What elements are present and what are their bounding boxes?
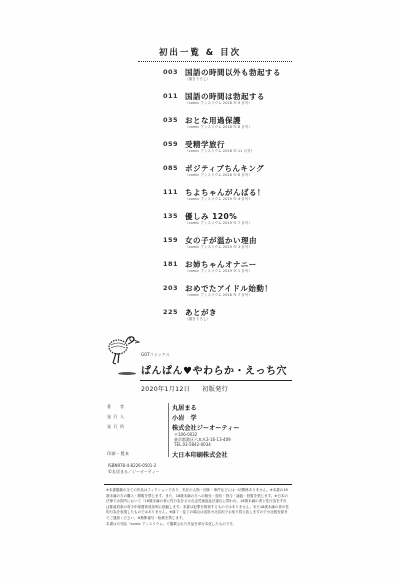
- release-date: 2020年1月12日: [141, 386, 190, 393]
- book-title: ぱんぱん♥やわらか・えっち穴: [141, 362, 287, 377]
- edition: 初版発行: [202, 386, 228, 393]
- credit-label: 印刷・製本: [107, 451, 161, 457]
- telephone: TEL.03-5842-0034: [174, 442, 211, 447]
- credit-publisher-person: 発行人 小岩 学: [107, 413, 297, 423]
- logo-shadow: [118, 372, 136, 375]
- toc-page-number: 035: [163, 116, 178, 124]
- toc-page-number: 203: [163, 284, 178, 292]
- credit-author: 著 者 丸居まる: [107, 403, 297, 413]
- toc-source: （comic アンスリウム 2019 年 7 月号）: [185, 221, 252, 226]
- toc-source: （描き下ろし）: [185, 77, 210, 82]
- toc-entry: 135 優しみ 120% （comic アンスリウム 2019 年 7 月号）: [163, 212, 313, 236]
- toc-list: 003 国語の時間以外も勃起する （描き下ろし） 011 国語の時間は勃起する …: [163, 68, 313, 332]
- toc-page-number: 011: [163, 92, 178, 100]
- toc-source: （comic アンスリウム 2019 年 4 月号）: [185, 197, 252, 202]
- toc-entry: 203 おめでたアイドル始動！ （comic アンスリウム 2018 年 7 月…: [163, 284, 313, 308]
- credit-label: 発行所: [107, 424, 161, 430]
- toc-source: （comic アンスリウム 2018 年 7 月号）: [185, 293, 252, 298]
- credit-value: 株式会社ジーオーティー: [172, 423, 239, 432]
- toc-source: （comic アンスリウム 2018 年 9 月号）: [185, 101, 252, 106]
- notice-rule: [104, 484, 292, 485]
- toc-entry: 035 おとな用過保護 （comic アンスリウム 2018 年 8 月号）: [163, 116, 313, 140]
- copyright: ©丸居まる／ジーオーティー: [108, 469, 160, 475]
- dotted-divider: [138, 61, 292, 62]
- credit-label: 発行人: [107, 414, 161, 420]
- isbn-block: ISBN978-4-8226-0501-2 ©丸居まる／ジーオーティー: [108, 463, 160, 475]
- toc-page-number: 059: [163, 140, 178, 148]
- toc-entry: 225 あとがき （描き下ろし）: [163, 308, 313, 332]
- toc-page-number: 181: [163, 260, 178, 268]
- toc-page-number: 225: [163, 308, 178, 316]
- toc-page-number: 085: [163, 164, 178, 172]
- toc-entry: 111 ちよちゃんがんばる！ （comic アンスリウム 2019 年 4 月号…: [163, 188, 313, 212]
- credits-table: 著 者 丸居まる 発行人 小岩 学 発行所 株式会社ジーオーティー 〒106-0…: [107, 403, 297, 460]
- toc-page-number: 159: [163, 236, 178, 244]
- toc-source: （comic アンスリウム 2018 年 8 月号）: [185, 125, 252, 130]
- toc-source: （comic アンスリウム 2018 年 6 月号）: [185, 173, 252, 178]
- toc-entry: 059 受精学旅行 （comic アンスリウム 2018 年 11 月号）: [163, 140, 313, 164]
- credit-value: 大日本印刷株式会社: [172, 450, 228, 459]
- toc-source: （描き下ろし）: [185, 317, 210, 322]
- legal-notice: ※本書掲載の全ての作品はフィクションであり、実在の人物・団体・事件などには一切関…: [106, 488, 290, 527]
- book-title-part2: やわらか・えっち穴: [192, 366, 287, 377]
- toc-entry: 011 国語の時間は勃起する （comic アンスリウム 2018 年 9 月号…: [163, 92, 313, 116]
- title-rule: [140, 380, 292, 381]
- serialization-note: 本書は月刊誌「comic アンスリウム」で掲載された作品を単行本化したものです。: [106, 522, 290, 528]
- toc-entry: 159 女の子が温かい理由 （comic アンスリウム 2019 年 3 月号）: [163, 236, 313, 260]
- toc-entry: 181 お姉ちゃんオナニー （comic アンスリウム 2019 年 1 月号）: [163, 260, 313, 284]
- credit-publisher: 発行所 株式会社ジーオーティー 〒106-0032 東京都港区六本木3-16-1…: [107, 423, 297, 450]
- toc-page-number: 135: [163, 212, 178, 220]
- toc-entry: 003 国語の時間以外も勃起する （描き下ろし）: [163, 68, 313, 92]
- toc-entry: 085 ポジティブちんキング （comic アンスリウム 2018 年 6 月号…: [163, 164, 313, 188]
- credit-label: 著 者: [107, 404, 161, 410]
- toc-heading: 初出一覧 & 目次: [0, 46, 400, 58]
- toc-page-number: 003: [163, 68, 178, 76]
- credit-value: 小岩 学: [172, 413, 197, 422]
- bird-logo-icon: [104, 333, 142, 367]
- book-title-part1: ぱんぱん: [141, 366, 183, 377]
- credit-value: 丸居まる: [172, 403, 197, 412]
- legal-text: ※本書掲載の全ての作品はフィクションであり、実在の人物・団体・事件などには一切関…: [106, 488, 290, 522]
- series-label: GOTコミックス: [141, 352, 170, 358]
- release-info: 2020年1月12日初版発行: [141, 384, 228, 393]
- toc-page-number: 111: [163, 188, 178, 196]
- toc-source: （comic アンスリウム 2018 年 11 月号）: [185, 149, 254, 154]
- toc-source: （comic アンスリウム 2019 年 1 月号）: [185, 269, 252, 274]
- toc-source: （comic アンスリウム 2019 年 3 月号）: [185, 245, 252, 250]
- credit-printer: 印刷・製本 大日本印刷株式会社: [107, 450, 297, 460]
